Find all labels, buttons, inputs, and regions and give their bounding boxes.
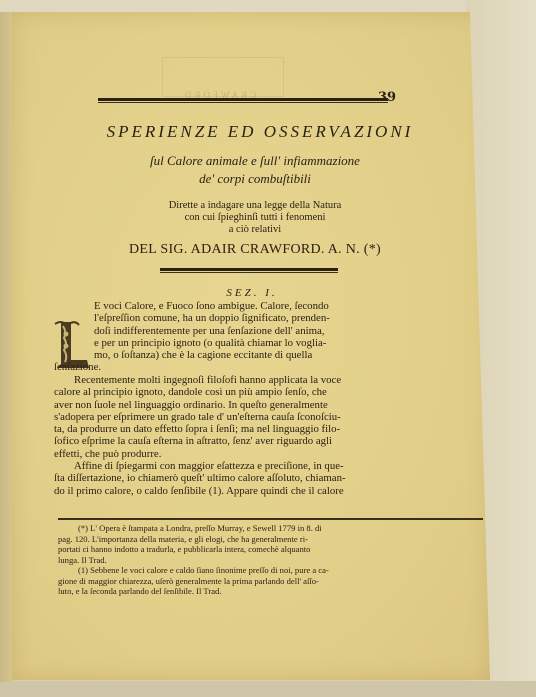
text-line: doſi indifferentemente per una ſenſazion…: [54, 325, 479, 337]
previous-page-edge: [0, 12, 14, 682]
paragraph-1: E voci Calore, e Fuoco ſono ambigue. Cal…: [54, 300, 479, 374]
header-rule: [98, 98, 388, 104]
paragraph-2: Recentemente molti ingegnoſi filoſofi ha…: [54, 374, 479, 460]
background-bottom: [0, 681, 536, 697]
subtitle: ſul Calore animale e ſull' infiammazione…: [90, 152, 420, 188]
paragraph-3: Affine di ſpiegarmi con maggior eſattezz…: [54, 460, 479, 497]
text-line: Affine di ſpiegarmi con maggior eſattezz…: [54, 460, 479, 472]
directive-text: Dirette a indagare una legge della Natur…: [90, 200, 420, 236]
text-line: calore al principio ignoto, dandole così…: [54, 386, 479, 398]
footnote-line: lunga. Il Trad.: [58, 555, 483, 566]
subtitle-line-2: de' corpi combuſtibili: [90, 170, 420, 188]
text-line: ta, da produrre un dato effetto ſopra i …: [54, 423, 479, 435]
directive-line-3: a ciò relativi: [90, 224, 420, 236]
footnotes: (*) L' Opera è ſtampata a Londra, preſſo…: [58, 523, 483, 597]
text-line: do il primo calore, o caldo ſenſibile (1…: [54, 485, 479, 497]
footnote-line: gione di maggior chiarezza, uſerò genera…: [58, 576, 483, 587]
text-line: aver non ſuole nel linguaggio ordinario.…: [54, 399, 479, 411]
footnote-rule: [58, 518, 483, 520]
directive-line-1: Dirette a indagare una legge della Natur…: [90, 200, 420, 212]
author-rule: [160, 268, 338, 274]
author-line: DEL SIG. ADAIR CRAWFORD. A. N. (*): [90, 242, 420, 258]
footnote-line: (*) L' Opera è ſtampata a Londra, preſſo…: [58, 523, 483, 534]
footnote-line: luto, e la ſeconda parlando del ſenſibil…: [58, 586, 483, 597]
section-heading: SEZ. I.: [162, 287, 342, 299]
text-line: ſofico eſprime la cauſa eſterna in aſtra…: [54, 435, 479, 447]
subtitle-line-1: ſul Calore animale e ſull' infiammazione: [90, 152, 420, 170]
text-line: E voci Calore, e Fuoco ſono ambigue. Cal…: [54, 300, 479, 312]
text-line: s'adopera per eſprimere un grado tale d'…: [54, 411, 479, 423]
book-page: CRAWFORD 39 SPERIENZE ED OSSERVAZIONI ſu…: [12, 12, 490, 680]
page-title: SPERIENZE ED OSSERVAZIONI: [90, 122, 430, 142]
footnote-line: pag. 120. L'importanza della materia, e …: [58, 534, 483, 545]
text-line: e per un principio ignoto (o qualità chi…: [54, 337, 479, 349]
footnote-line: (1) Sebbene le voci calore e caldo ſiano…: [58, 565, 483, 576]
text-line: ſta diſſertazione, io chiamerò queſt' ul…: [54, 472, 479, 484]
text-line: l'eſpreſſion comune, ha un doppio ſignif…: [54, 312, 479, 324]
text-line: effetti, che può produrre.: [54, 448, 479, 460]
directive-line-2: con cui ſpieghinſi tutti i fenomeni: [90, 212, 420, 224]
text-line: Recentemente molti ingegnoſi filoſofi ha…: [54, 374, 479, 386]
text-line: ſenſazione.: [54, 361, 479, 373]
footnote-line: portati ci hanno indotto a tradurla, e p…: [58, 544, 483, 555]
text-line: mo, o ſoſtanza) che è la cagione eccitan…: [54, 349, 479, 361]
background-top: [0, 0, 536, 14]
